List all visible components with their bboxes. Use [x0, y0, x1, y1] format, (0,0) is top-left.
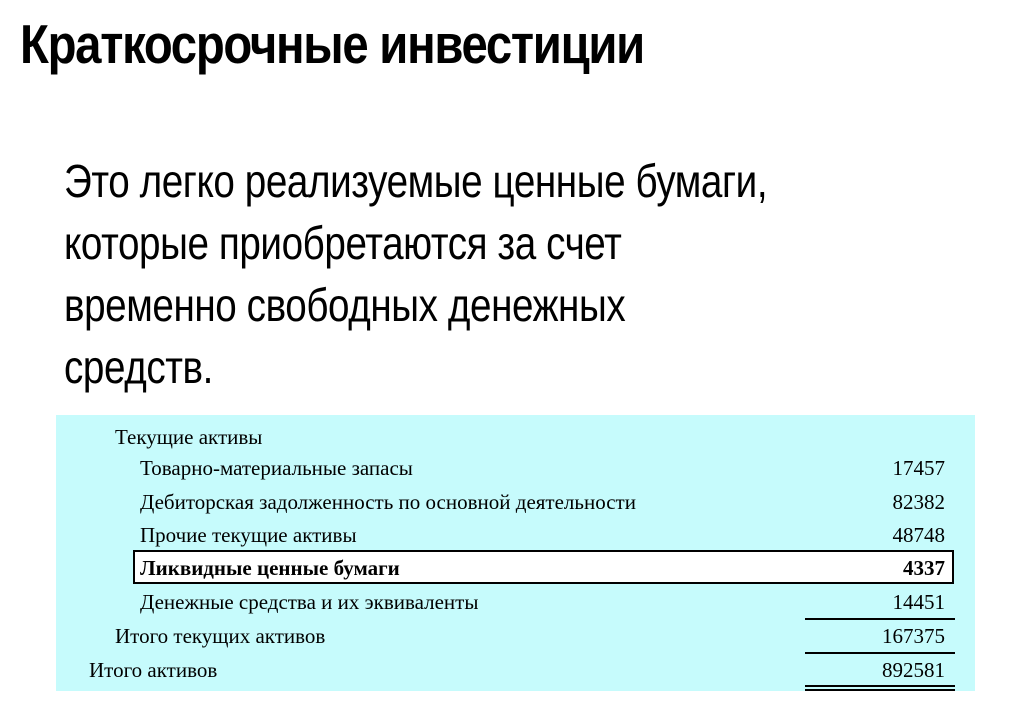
total-value: 892581	[882, 653, 945, 687]
subtotal-row: Итого текущих активов 167375	[56, 619, 975, 653]
subtotal-value: 167375	[882, 619, 945, 653]
table-row: Денежные средства и их эквиваленты 14451	[56, 585, 975, 619]
definition-line: Это легко реализуемые ценные бумаги,	[64, 150, 988, 212]
slide-title: Краткосрочные инвестиции	[20, 8, 644, 80]
table-row: Прочие текущие активы 48748	[56, 518, 975, 552]
row-label: Дебиторская задолженность по основной де…	[140, 485, 636, 519]
row-label: Прочие текущие активы	[140, 518, 357, 552]
subtotal-label: Итого текущих активов	[115, 619, 325, 653]
row-value: 82382	[893, 485, 946, 519]
total-label: Итого активов	[89, 653, 217, 687]
row-value: 48748	[893, 518, 946, 552]
section-header-row: Текущие активы	[56, 420, 975, 454]
row-value: 14451	[893, 585, 946, 619]
total-double-rule-top	[805, 685, 955, 687]
table-row: Товарно-материальные запасы 17457	[56, 451, 975, 485]
row-label: Денежные средства и их эквиваленты	[140, 585, 478, 619]
definition-text: Это легко реализуемые ценные бумаги, кот…	[64, 150, 988, 398]
total-row: Итого активов 892581	[56, 653, 975, 687]
row-label: Товарно-материальные запасы	[140, 451, 413, 485]
definition-line: средств.	[64, 336, 988, 398]
definition-line: временно свободных денежных	[64, 274, 988, 336]
row-value: 4337	[903, 551, 945, 585]
balance-sheet-table: Текущие активы Товарно-материальные запа…	[56, 415, 975, 691]
row-value: 17457	[893, 451, 946, 485]
row-label: Ликвидные ценные бумаги	[140, 551, 400, 585]
table-row-highlighted: Ликвидные ценные бумаги 4337	[56, 551, 975, 585]
table-row: Дебиторская задолженность по основной де…	[56, 485, 975, 519]
definition-line: которые приобретаются за счет	[64, 212, 988, 274]
total-double-rule-bottom	[805, 689, 955, 691]
section-header: Текущие активы	[115, 420, 262, 454]
